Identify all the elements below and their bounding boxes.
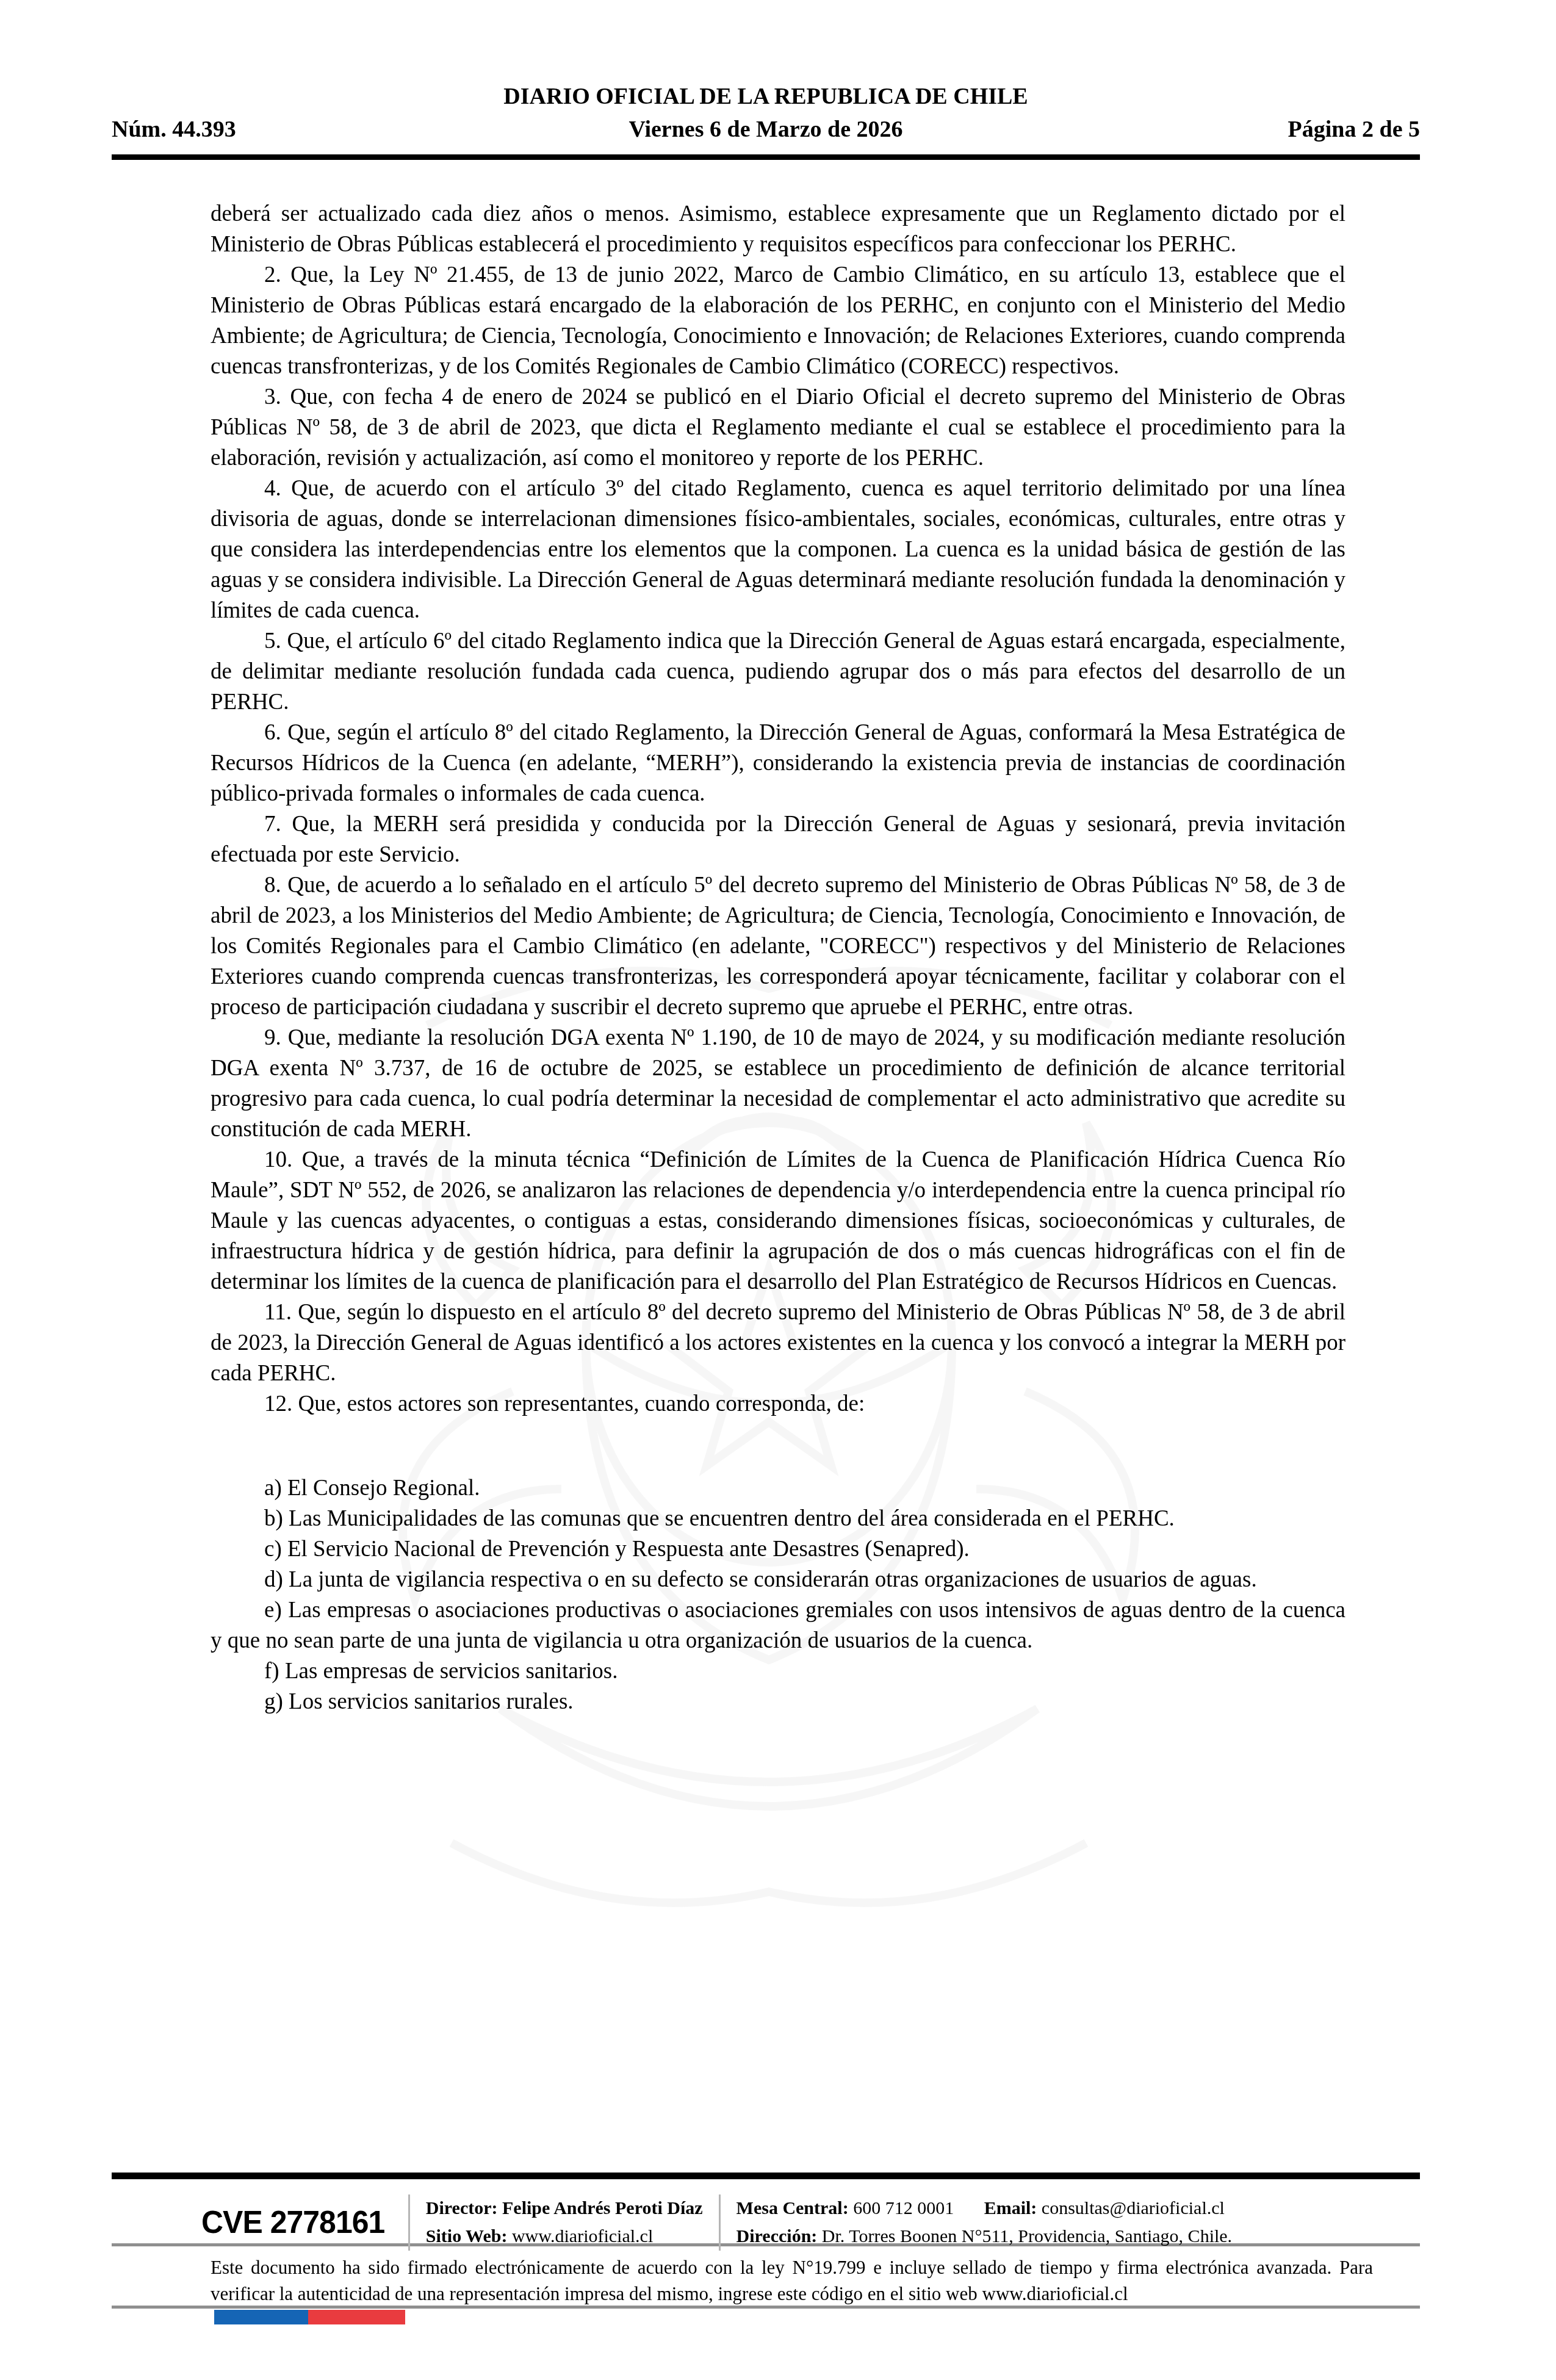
- paragraph: 7. Que, la MERH será presidida y conduci…: [211, 809, 1345, 870]
- page-header: Núm. 44.393 DIARIO OFICIAL DE LA REPUBLI…: [112, 82, 1420, 144]
- phone-email-line: Mesa Central: 600 712 0001 Email: consul…: [737, 2194, 1233, 2223]
- page-indicator: Página 2 de 5: [1028, 115, 1420, 144]
- chile-flag-bar: [214, 2310, 405, 2324]
- website-value: www.diarioficial.cl: [512, 2226, 653, 2246]
- paragraph: b) Las Municipalidades de las comunas qu…: [211, 1504, 1345, 1534]
- footer-director-col: Director: Felipe Andrés Peroti Díaz Siti…: [426, 2194, 703, 2251]
- paragraph: 10. Que, a través de la minuta técnica “…: [211, 1145, 1345, 1297]
- paragraph: 4. Que, de acuerdo con el artículo 3º de…: [211, 474, 1345, 626]
- cve-code: CVE 2778161: [201, 2209, 384, 2237]
- footer-rule: [112, 2173, 1420, 2179]
- paragraph: 2. Que, la Ley Nº 21.455, de 13 de junio…: [211, 260, 1345, 382]
- address-value: Dr. Torres Boonen N°511, Providencia, Sa…: [822, 2226, 1232, 2246]
- paragraph: f) Las empresas de servicios sanitarios.: [211, 1656, 1345, 1687]
- header-rule: [112, 154, 1420, 160]
- paragraph: 11. Que, según lo dispuesto en el artícu…: [211, 1297, 1345, 1389]
- paragraph: deberá ser actualizado cada diez años o …: [211, 199, 1345, 260]
- newspaper-title: DIARIO OFICIAL DE LA REPUBLICA DE CHILE: [503, 82, 1028, 111]
- paragraph: 12. Que, estos actores son representante…: [211, 1389, 1345, 1419]
- email-label: Email:: [984, 2198, 1037, 2218]
- email-value: consultas@diarioficial.cl: [1042, 2198, 1225, 2218]
- footer-separator: [408, 2194, 410, 2251]
- gazette-page: Núm. 44.393 DIARIO OFICIAL DE LA REPUBLI…: [0, 0, 1556, 2380]
- phone-value: 600 712 0001: [853, 2198, 954, 2218]
- phone-label: Mesa Central:: [737, 2198, 849, 2218]
- flag-red-segment: [308, 2310, 405, 2324]
- paragraph: 5. Que, el artículo 6º del citado Reglam…: [211, 626, 1345, 718]
- director-label: Director:: [426, 2198, 498, 2218]
- website-line: Sitio Web: www.diarioficial.cl: [426, 2223, 703, 2251]
- legal-notice: Este documento ha sido firmado electróni…: [211, 2254, 1373, 2307]
- footer-contact-col: Mesa Central: 600 712 0001 Email: consul…: [737, 2194, 1233, 2251]
- issue-date: Viernes 6 de Marzo de 2026: [503, 115, 1028, 144]
- paragraph: a) El Consejo Regional.: [211, 1473, 1345, 1504]
- address-label: Dirección:: [737, 2226, 818, 2246]
- footer-separator: [719, 2194, 721, 2251]
- director-line: Director: Felipe Andrés Peroti Díaz: [426, 2194, 703, 2223]
- paragraph: 8. Que, de acuerdo a lo señalado en el a…: [211, 870, 1345, 1023]
- website-label: Sitio Web:: [426, 2226, 508, 2246]
- paragraph: 3. Que, con fecha 4 de enero de 2024 se …: [211, 382, 1345, 474]
- paragraph: 9. Que, mediante la resolución DGA exent…: [211, 1023, 1345, 1145]
- paragraph: 6. Que, según el artículo 8º del citado …: [211, 718, 1345, 809]
- address-line: Dirección: Dr. Torres Boonen N°511, Prov…: [737, 2223, 1233, 2251]
- footer-info: CVE 2778161 Director: Felipe Andrés Pero…: [201, 2194, 1345, 2251]
- paragraph: c) El Servicio Nacional de Prevención y …: [211, 1534, 1345, 1565]
- paragraph: e) Las empresas o asociaciones productiv…: [211, 1595, 1345, 1656]
- paragraph: d) La junta de vigilancia respectiva o e…: [211, 1565, 1345, 1595]
- header-center: DIARIO OFICIAL DE LA REPUBLICA DE CHILE …: [503, 82, 1028, 144]
- paragraph: g) Los servicios sanitarios rurales.: [211, 1687, 1345, 1717]
- issue-number: Núm. 44.393: [112, 115, 503, 144]
- body-paragraphs: deberá ser actualizado cada diez años o …: [211, 199, 1345, 1717]
- flag-blue-segment: [214, 2310, 308, 2324]
- director-name: Felipe Andrés Peroti Díaz: [502, 2198, 703, 2218]
